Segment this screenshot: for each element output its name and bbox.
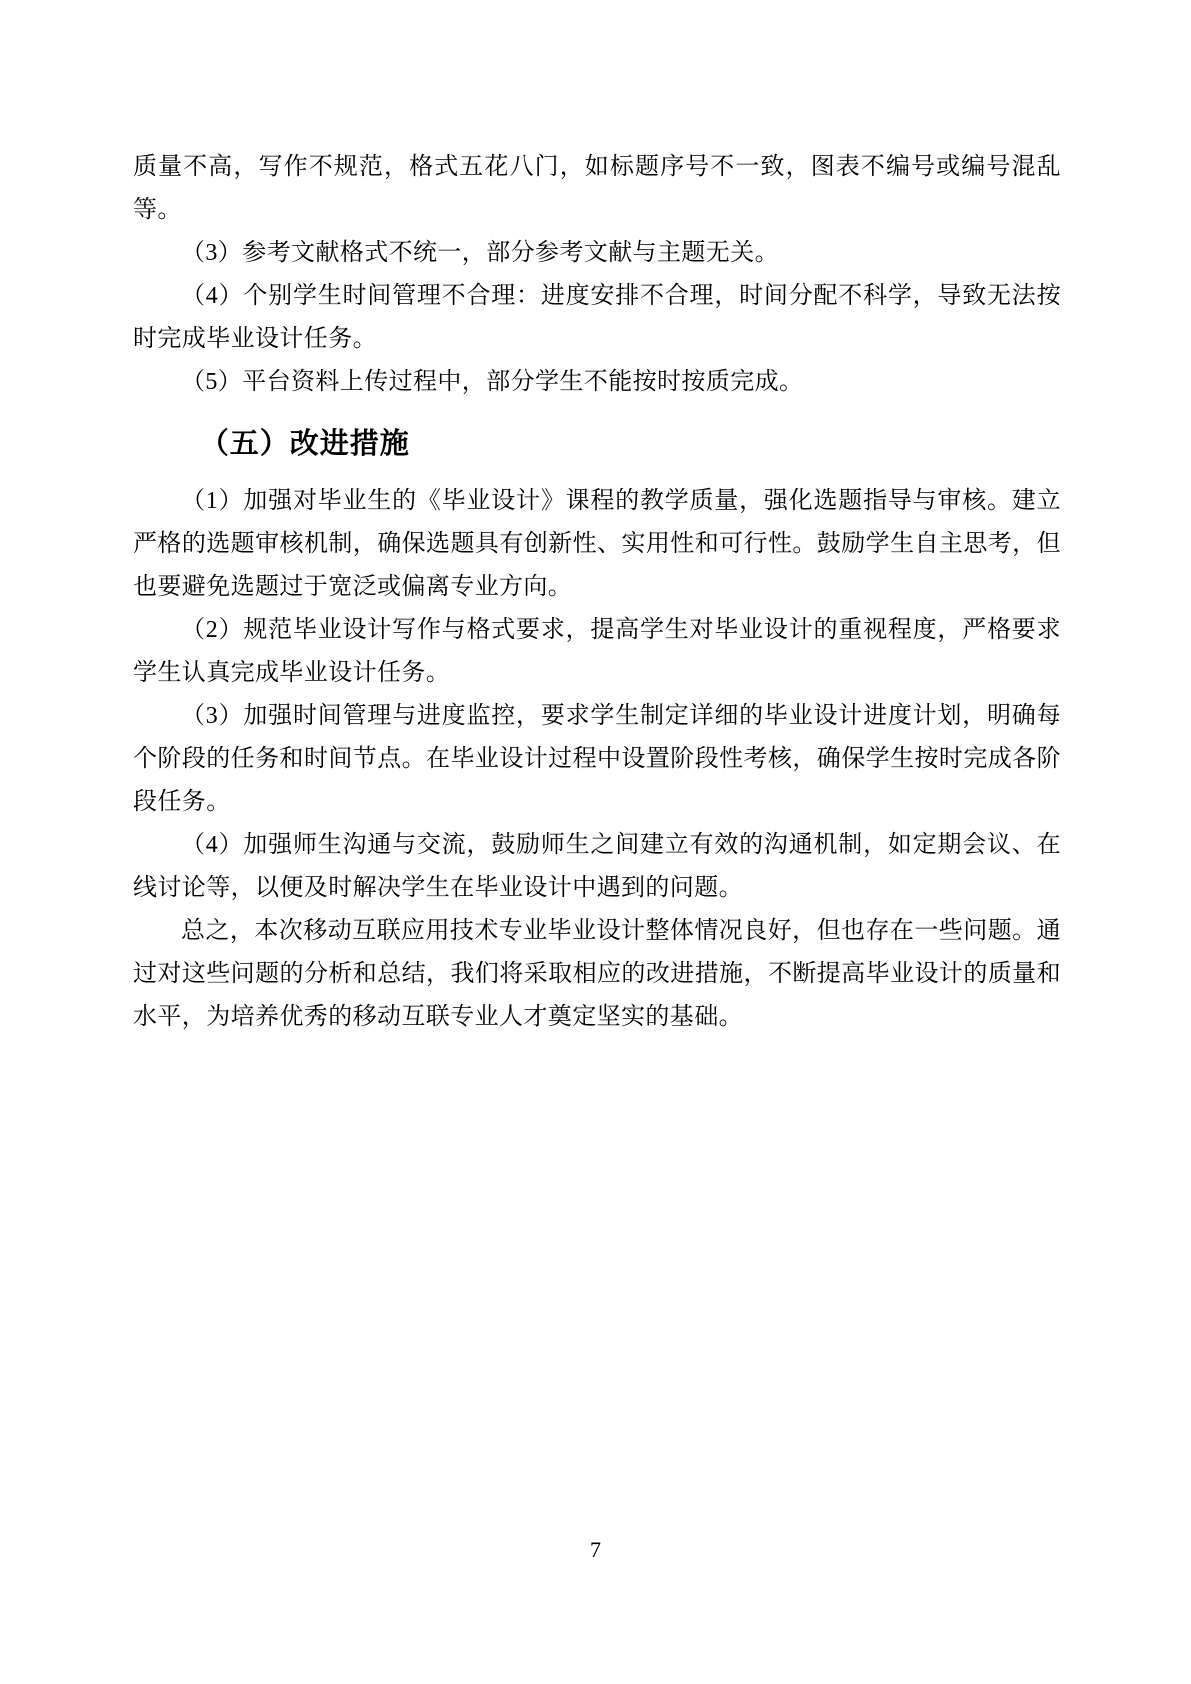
- improvement-item-1: （1）加强对毕业生的《毕业设计》课程的教学质量，强化选题指导与审核。建立严格的选…: [133, 480, 1061, 609]
- page-number: 7: [0, 1536, 1191, 1564]
- improvement-item-3: （3）加强时间管理与进度监控，要求学生制定详细的毕业设计进度计划，明确每个阶段的…: [133, 695, 1061, 824]
- document-page: 质量不高，写作不规范，格式五花八门，如标题序号不一致，图表不编号或编号混乱等。 …: [0, 0, 1191, 1684]
- paragraph-continuation: 质量不高，写作不规范，格式五花八门，如标题序号不一致，图表不编号或编号混乱等。: [133, 146, 1061, 232]
- conclusion-paragraph: 总之，本次移动互联应用技术专业毕业设计整体情况良好，但也存在一些问题。通过对这些…: [133, 910, 1061, 1039]
- section-heading: （五）改进措施: [133, 421, 1061, 467]
- problem-item-3: （3）参考文献格式不统一，部分参考文献与主题无关。: [133, 232, 1061, 275]
- improvement-item-4: （4）加强师生沟通与交流，鼓励师生之间建立有效的沟通机制，如定期会议、在线讨论等…: [133, 824, 1061, 910]
- problem-item-5: （5）平台资料上传过程中，部分学生不能按时按质完成。: [133, 361, 1061, 404]
- improvement-item-2: （2）规范毕业设计写作与格式要求，提高学生对毕业设计的重视程度，严格要求学生认真…: [133, 609, 1061, 695]
- problem-item-4: （4）个别学生时间管理不合理：进度安排不合理，时间分配不科学，导致无法按时完成毕…: [133, 275, 1061, 361]
